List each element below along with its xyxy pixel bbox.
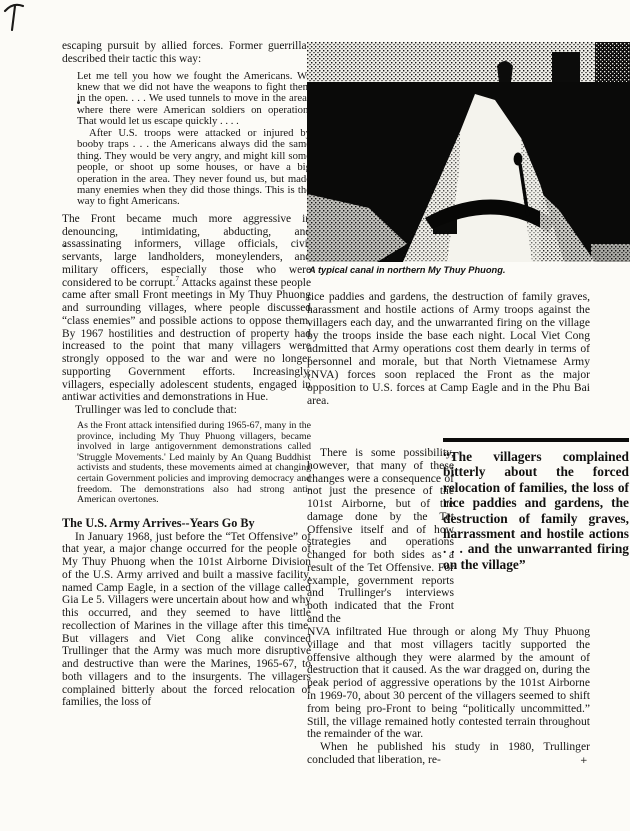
intro-paragraph: escaping pursuit by allied forces. Forme… <box>62 40 311 66</box>
photo-caption: A typical canal in northern My Thuy Phuo… <box>309 265 624 276</box>
army-damage-paragraph: rice paddies and gardens, the destructio… <box>307 291 590 408</box>
guerrilla-quote-block: Let me tell you how we fought the Americ… <box>77 71 311 208</box>
quote-paragraph: After U.S. troops were attacked or injur… <box>77 128 311 208</box>
paragraph-text: Attacks against these people came after … <box>62 277 311 404</box>
trullinger-conclusion-quote: As the Front attack intensified during 1… <box>77 421 311 506</box>
trullinger-lead-in: Trullinger was led to conclude that: <box>62 404 311 417</box>
pull-quote: “The villagers complained bitterly about… <box>443 438 629 572</box>
left-text-column: escaping pursuit by allied forces. Forme… <box>62 40 311 709</box>
right-column-narrow: There is some possibility, however, that… <box>307 447 454 626</box>
army-arrives-paragraph: In January 1968, just before the “Tet Of… <box>62 531 311 710</box>
canal-photograph <box>307 42 630 262</box>
tet-continuation-paragraph: NVA infiltrated Hue through or along My … <box>307 626 590 741</box>
right-column-bottom: NVA infiltrated Hue through or along My … <box>307 626 590 767</box>
right-column-top: rice paddies and gardens, the destructio… <box>307 291 590 408</box>
handwritten-check-mark <box>2 1 30 33</box>
canal-photo-art <box>307 42 630 262</box>
quote-paragraph: Let me tell you how we fought the Americ… <box>77 71 311 128</box>
scanned-book-page: + escaping pursuit by allied forces. For… <box>0 0 630 831</box>
front-aggression-paragraph: The Front became much more aggressive in… <box>62 213 311 404</box>
tet-possibility-paragraph: There is some possibility, however, that… <box>307 447 454 626</box>
quote-paragraph: As the Front attack intensified during 1… <box>77 421 311 506</box>
study-published-paragraph: When he published his study in 1980, Tru… <box>307 741 590 767</box>
section-heading: The U.S. Army Arrives--Years Go By <box>62 516 311 530</box>
